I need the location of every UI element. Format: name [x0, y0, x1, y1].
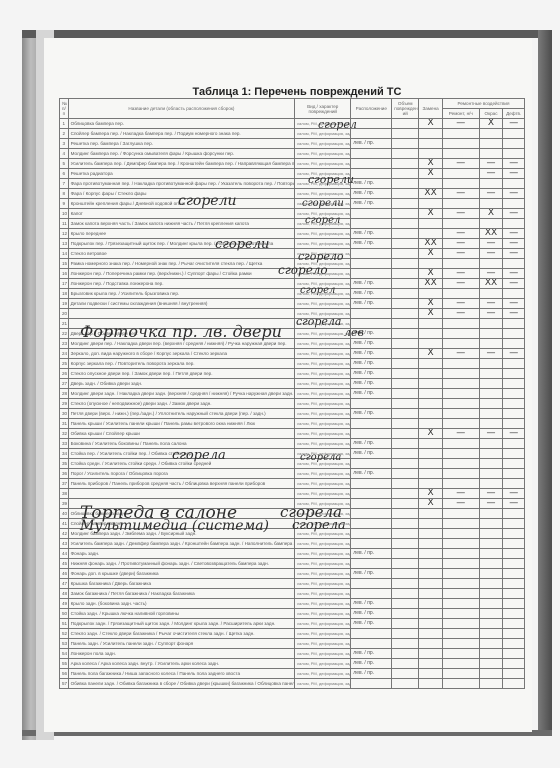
row-number: 11	[60, 219, 69, 229]
repair-hours-mark: —	[442, 269, 479, 279]
damage-type: излом, РМ, деформация, задиры	[295, 619, 351, 629]
table-row: 18Брызговик крыла пер. / Усилитель брызг…	[60, 289, 525, 299]
paint-mark	[479, 319, 503, 329]
repair-hours-mark	[442, 639, 479, 649]
paint-mark	[479, 289, 503, 299]
part-name: Детали подвески / системы охлаждения (вн…	[68, 299, 295, 309]
defect-mark	[503, 379, 525, 389]
location: лев. / пр.	[351, 289, 392, 299]
damage-type: излом, РМ, деформация, задиры	[295, 659, 351, 669]
damage-volume	[392, 159, 419, 169]
repair-hours-mark	[442, 529, 479, 539]
paint-mark: —	[479, 249, 503, 259]
row-number: 24	[60, 349, 69, 359]
location: лев. / пр.	[351, 669, 392, 679]
part-name: Фонарь доп. в крышке (двери) багажника	[68, 569, 295, 579]
location: лев. / пр.	[351, 449, 392, 459]
row-number: 31	[60, 419, 69, 429]
paint-mark: —	[479, 499, 503, 509]
row-number: 45	[60, 559, 69, 569]
damage-volume	[392, 599, 419, 609]
damage-volume	[392, 669, 419, 679]
repair-hours-mark	[442, 129, 479, 139]
handwritten-part-name: Мультимедиа (система)	[80, 518, 269, 534]
defect-mark: —	[503, 499, 525, 509]
paint-mark	[479, 369, 503, 379]
damage-volume	[392, 419, 419, 429]
location	[351, 429, 392, 439]
handwritten-note: сгорели	[308, 173, 354, 186]
replace-mark: X	[419, 429, 443, 439]
paint-mark	[479, 449, 503, 459]
repair-hours-mark: —	[442, 249, 479, 259]
paint-mark	[479, 219, 503, 229]
repair-hours-mark	[442, 419, 479, 429]
replace-mark: X	[419, 249, 443, 259]
part-name: Решетка пер. бампера / Заглушка пер.	[68, 139, 295, 149]
table-row: 3Решетка пер. бампера / Заглушка пер.изл…	[60, 139, 525, 149]
paint-mark	[479, 259, 503, 269]
table-row: 26Стекло опускное двери пер. / Замок две…	[60, 369, 525, 379]
replace-mark	[419, 359, 443, 369]
part-name: Дверь задн. / Обивка двери задн.	[68, 379, 295, 389]
row-number: 10	[60, 209, 69, 219]
replace-mark	[419, 619, 443, 629]
repair-hours-mark	[442, 319, 479, 329]
repair-hours-mark	[442, 339, 479, 349]
table-row: 9Кронштейн крепления фары / Дневной ходо…	[60, 199, 525, 209]
repair-hours-mark: —	[442, 119, 479, 129]
damage-volume	[392, 399, 419, 409]
damage-volume	[392, 239, 419, 249]
location: лев. / пр.	[351, 469, 392, 479]
damage-volume	[392, 609, 419, 619]
defect-mark: —	[503, 119, 525, 129]
damage-type: излом, РМ, деформация, задиры	[295, 369, 351, 379]
repair-hours-mark	[442, 599, 479, 609]
replace-mark	[419, 149, 443, 159]
replace-mark	[419, 409, 443, 419]
damage-volume	[392, 569, 419, 579]
repair-hours-mark: —	[442, 499, 479, 509]
part-name: Замок капота верхняя часть / Замок капот…	[68, 219, 295, 229]
location	[351, 489, 392, 499]
damage-volume	[392, 589, 419, 599]
damage-type: излом, РМ, деформация, задиры	[295, 189, 351, 199]
replace-mark	[419, 679, 443, 689]
table-row: 37Панель приборов / Панель приборов сред…	[60, 479, 525, 489]
location	[351, 399, 392, 409]
damage-volume	[392, 219, 419, 229]
part-name: Молдинг двери задн. / Накладка двери зад…	[68, 389, 295, 399]
handwritten-note: сгорел	[318, 118, 357, 131]
defect-mark: —	[503, 159, 525, 169]
repair-hours-mark: —	[442, 299, 479, 309]
damage-volume	[392, 389, 419, 399]
location: лев. / пр.	[351, 279, 392, 289]
handwritten-note: сгорела	[300, 452, 341, 463]
damage-volume	[392, 489, 419, 499]
header-repair-group: Ремонтные воздействия	[442, 99, 524, 109]
replace-mark	[419, 549, 443, 559]
paint-mark	[479, 539, 503, 549]
damage-volume	[392, 349, 419, 359]
damage-type: излом, РМ, деформация, задиры	[295, 229, 351, 239]
damage-volume	[392, 289, 419, 299]
handwritten-note: сгорел	[305, 215, 340, 226]
defect-mark	[503, 439, 525, 449]
paint-mark: X	[479, 209, 503, 219]
handwritten-note: сгорела	[292, 518, 346, 533]
row-number: 55	[60, 659, 69, 669]
part-name: Нижняя фонарь задн. / Противотуманный фо…	[68, 559, 295, 569]
part-name: Замок багажника / Петля багажника / Накл…	[68, 589, 295, 599]
damage-volume	[392, 549, 419, 559]
table-row: 34Стойка пер. / Усилитель стойки пер. / …	[60, 449, 525, 459]
repair-hours-mark: —	[442, 229, 479, 239]
paint-mark	[479, 529, 503, 539]
location: лев. / пр.	[351, 299, 392, 309]
location: лев. / пр.	[351, 339, 392, 349]
location	[351, 509, 392, 519]
paint-mark	[479, 179, 503, 189]
row-number: 17	[60, 279, 69, 289]
paint-mark	[479, 129, 503, 139]
damage-type: излом, РМ, деформация, задиры	[295, 419, 351, 429]
defect-mark: —	[503, 309, 525, 319]
row-number: 4	[60, 149, 69, 159]
row-number: 25	[60, 359, 69, 369]
replace-mark	[419, 599, 443, 609]
damage-volume	[392, 649, 419, 659]
location	[351, 639, 392, 649]
row-number: 49	[60, 599, 69, 609]
defect-mark	[503, 679, 525, 689]
table-row: 13Подкрылок пер. / Грязезащитный щиток п…	[60, 239, 525, 249]
damage-volume	[392, 619, 419, 629]
repair-hours-mark	[442, 149, 479, 159]
repair-hours-mark	[442, 409, 479, 419]
repair-hours-mark: —	[442, 309, 479, 319]
row-number: 43	[60, 539, 69, 549]
damage-type: излом, РМ, деформация, задиры	[295, 429, 351, 439]
replace-mark	[419, 459, 443, 469]
defect-mark	[503, 199, 525, 209]
replace-mark: XX	[419, 239, 443, 249]
damage-volume	[392, 299, 419, 309]
paint-mark	[479, 459, 503, 469]
table-row: 6Решетка радиатораизлом, РМ, деформация,…	[60, 169, 525, 179]
replace-mark: X	[419, 299, 443, 309]
repair-hours-mark	[442, 569, 479, 579]
damage-volume	[392, 559, 419, 569]
defect-mark	[503, 569, 525, 579]
paint-mark	[479, 629, 503, 639]
damage-volume	[392, 509, 419, 519]
paint-mark	[479, 669, 503, 679]
row-number: 22	[60, 329, 69, 339]
row-number: 37	[60, 479, 69, 489]
location: лев. / пр.	[351, 359, 392, 369]
damage-volume	[392, 229, 419, 239]
replace-mark: X	[419, 209, 443, 219]
defect-mark	[503, 509, 525, 519]
repair-hours-mark	[442, 199, 479, 209]
paint-mark	[479, 649, 503, 659]
location: лев. / пр.	[351, 649, 392, 659]
damage-volume	[392, 339, 419, 349]
location: лев. / пр.	[351, 349, 392, 359]
defect-mark	[503, 319, 525, 329]
row-number: 33	[60, 439, 69, 449]
damage-volume	[392, 319, 419, 329]
table-row: 46Фонарь доп. в крышке (двери) багажника…	[60, 569, 525, 579]
repair-hours-mark: —	[442, 239, 479, 249]
replace-mark	[419, 579, 443, 589]
paint-mark	[479, 329, 503, 339]
repair-hours-mark	[442, 509, 479, 519]
damage-volume	[392, 429, 419, 439]
location: лев. / пр.	[351, 189, 392, 199]
paint-mark	[479, 469, 503, 479]
damage-type: излом, РМ, деформация, задиры	[295, 139, 351, 149]
damage-volume	[392, 169, 419, 179]
paint-mark	[479, 619, 503, 629]
damage-volume	[392, 499, 419, 509]
row-number: 54	[60, 649, 69, 659]
replace-mark	[419, 219, 443, 229]
replace-mark	[419, 329, 443, 339]
paint-mark	[479, 379, 503, 389]
replace-mark	[419, 199, 443, 209]
replace-mark	[419, 589, 443, 599]
row-number: 29	[60, 399, 69, 409]
damage-type: излом, РМ, деформация, задиры	[295, 239, 351, 249]
damage-volume	[392, 539, 419, 549]
damage-type: излом, РМ, деформация, задиры	[295, 389, 351, 399]
paint-mark: —	[479, 269, 503, 279]
damage-type: излом, РМ, деформация, задиры	[295, 479, 351, 489]
replace-mark: XX	[419, 279, 443, 289]
damage-type: излом, РМ, деформация, задиры	[295, 379, 351, 389]
damage-volume	[392, 259, 419, 269]
part-name: Лонжерон пола задн.	[68, 649, 295, 659]
part-name: Подкрылок задн. / Грязезащитный щиток за…	[68, 619, 295, 629]
damage-type: излом, РМ, деформация, задиры	[295, 149, 351, 159]
replace-mark	[419, 609, 443, 619]
location	[351, 519, 392, 529]
part-name: Обивка панели задн. / Обивка багажника в…	[68, 679, 295, 689]
damage-type: излом, РМ, деформация, задиры	[295, 299, 351, 309]
replace-mark: X	[419, 499, 443, 509]
row-number: 32	[60, 429, 69, 439]
table-row: 17Лонжерон пер. / Подставка лонжерона пе…	[60, 279, 525, 289]
header-location: Расположение	[351, 99, 392, 119]
defect-mark	[503, 629, 525, 639]
defect-mark	[503, 659, 525, 669]
row-number: 14	[60, 249, 69, 259]
location	[351, 559, 392, 569]
header-name: Название детали (область расположения сб…	[68, 99, 295, 119]
damage-volume	[392, 519, 419, 529]
damage-type: излом, РМ, деформация, задиры	[295, 569, 351, 579]
replace-mark	[419, 469, 443, 479]
replace-mark	[419, 649, 443, 659]
location	[351, 539, 392, 549]
top-frame	[22, 30, 542, 38]
part-name: Стекло (опускное / неподвижное) двери за…	[68, 399, 295, 409]
table-row: 11Замок капота верхняя часть / Замок кап…	[60, 219, 525, 229]
damage-volume	[392, 579, 419, 589]
replace-mark	[419, 629, 443, 639]
location: лев. / пр.	[351, 549, 392, 559]
table-row: 4Молдинг бампера пер. / Форсунка омывате…	[60, 149, 525, 159]
repair-hours-mark	[442, 549, 479, 559]
table-row: 31Панель крыши / Усилитель панели крыши …	[60, 419, 525, 429]
replace-mark	[419, 399, 443, 409]
table-row: 43Усилитель бампера задн. / Демпфер бамп…	[60, 539, 525, 549]
defect-mark	[503, 389, 525, 399]
repair-hours-mark	[442, 369, 479, 379]
replace-mark	[419, 669, 443, 679]
location: лев. / пр.	[351, 569, 392, 579]
replace-mark	[419, 539, 443, 549]
replace-mark	[419, 369, 443, 379]
damage-type: излом, РМ, деформация, задиры	[295, 599, 351, 609]
replace-mark: X	[419, 159, 443, 169]
damage-type: излом, РМ, деформация, задиры	[295, 359, 351, 369]
replace-mark	[419, 449, 443, 459]
table-row: 54Лонжерон пола задн.излом, РМ, деформац…	[60, 649, 525, 659]
header-replace: Замена	[419, 99, 443, 119]
defect-mark	[503, 259, 525, 269]
part-name: Фонарь задн.	[68, 549, 295, 559]
damage-type: излом, РМ, деформация, задиры	[295, 589, 351, 599]
damage-type: излом, РМ, деформация, задиры	[295, 439, 351, 449]
location: лев. / пр.	[351, 199, 392, 209]
defect-mark: —	[503, 209, 525, 219]
table-row: 27Дверь задн. / Обивка двери задн.излом,…	[60, 379, 525, 389]
part-name: Крыло задн. (боковина задн. часть)	[68, 599, 295, 609]
damage-volume	[392, 639, 419, 649]
repair-hours-mark	[442, 169, 479, 179]
part-name: Корпус зеркала пер. / Повторитель поворо…	[68, 359, 295, 369]
row-number: 16	[60, 269, 69, 279]
row-number: 20	[60, 309, 69, 319]
defect-mark	[503, 539, 525, 549]
row-number: 39	[60, 499, 69, 509]
repair-hours-mark	[442, 659, 479, 669]
damage-volume	[392, 659, 419, 669]
part-name: Лонжерон пер. / Поперечина рамки пер. (в…	[68, 269, 295, 279]
location	[351, 629, 392, 639]
table-row: 45Нижняя фонарь задн. / Противотуманный …	[60, 559, 525, 569]
defect-mark	[503, 339, 525, 349]
part-name: Решетка радиатора	[68, 169, 295, 179]
paint-mark	[479, 609, 503, 619]
replace-mark	[419, 479, 443, 489]
defect-mark: —	[503, 239, 525, 249]
defect-mark	[503, 329, 525, 339]
replace-mark	[419, 129, 443, 139]
row-number: 23	[60, 339, 69, 349]
damage-volume	[392, 249, 419, 259]
repair-hours-mark	[442, 219, 479, 229]
replace-mark: X	[419, 489, 443, 499]
paint-mark	[479, 339, 503, 349]
part-name: Лонжерон пер. / Подставка лонжерона пер.	[68, 279, 295, 289]
row-number: 42	[60, 529, 69, 539]
table-row: 50Стойка задн. / Крышка лючка наливной г…	[60, 609, 525, 619]
table-row: 49Крыло задн. (боковина задн. часть)изло…	[60, 599, 525, 609]
repair-hours-mark	[442, 589, 479, 599]
defect-mark: —	[503, 169, 525, 179]
replace-mark	[419, 529, 443, 539]
part-name: Панель крыши / Усилитель панели крыши / …	[68, 419, 295, 429]
paint-mark: —	[479, 429, 503, 439]
part-name: Зеркало, доп. вида наружного в сборе / К…	[68, 349, 295, 359]
part-name: Арка колеса / Арка колеса задн. внутр. /…	[68, 659, 295, 669]
part-name: Усилитель бампера задн. / Демпфер бампер…	[68, 539, 295, 549]
handwritten-note: сгорели	[215, 237, 269, 252]
defect-mark	[503, 129, 525, 139]
defect-mark: —	[503, 279, 525, 289]
repair-hours-mark	[442, 179, 479, 189]
paint-mark	[479, 569, 503, 579]
paint-mark	[479, 579, 503, 589]
defect-mark	[503, 649, 525, 659]
damage-volume	[392, 679, 419, 689]
defect-mark: —	[503, 229, 525, 239]
damage-volume	[392, 209, 419, 219]
defect-mark: —	[503, 249, 525, 259]
part-name: Облицовка бампера пер.	[68, 119, 295, 129]
handwritten-note: лев	[344, 326, 364, 339]
replace-mark	[419, 289, 443, 299]
damage-type: излом, РМ, деформация, задиры	[295, 489, 351, 499]
location	[351, 249, 392, 259]
table-row: 35Стойка средн. / Усилитель стойки средн…	[60, 459, 525, 469]
table-row: 30Петля двери (верх. / нижн.) (пер./задн…	[60, 409, 525, 419]
paint-mark	[479, 599, 503, 609]
location	[351, 419, 392, 429]
table-row: 29Стекло (опускное / неподвижное) двери …	[60, 399, 525, 409]
part-name: Стойка задн. / Крышка лючка наливной гор…	[68, 609, 295, 619]
table-row: 12Крыло переднееизлом, РМ, деформация, з…	[60, 229, 525, 239]
damage-volume	[392, 329, 419, 339]
table-row: 5Усилитель бампера пер. / Демпфер бампер…	[60, 159, 525, 169]
paint-mark: —	[479, 299, 503, 309]
part-name: Рамка номерного знака пер. / Номерной зн…	[68, 259, 295, 269]
handwritten-note: сгорели	[178, 193, 237, 209]
paint-mark: XX	[479, 279, 503, 289]
part-name: Порог / Усилитель порога / Облицовка пор…	[68, 469, 295, 479]
header-repair-hours: Ремонт, н/ч	[442, 109, 479, 119]
damage-type: излом, РМ, деформация, задиры	[295, 349, 351, 359]
damage-type: излом, РМ, деформация, задиры	[295, 469, 351, 479]
row-number: 35	[60, 459, 69, 469]
replace-mark	[419, 339, 443, 349]
repair-hours-mark	[442, 669, 479, 679]
location: лев. / пр.	[351, 229, 392, 239]
row-number: 2	[60, 129, 69, 139]
part-name: Брызговик крыла пер. / Усилитель брызгов…	[68, 289, 295, 299]
repair-hours-mark	[442, 629, 479, 639]
handwritten-note: сгорело	[298, 250, 344, 263]
repair-hours-mark	[442, 619, 479, 629]
location	[351, 309, 392, 319]
damage-type: излом, РМ, деформация, задиры	[295, 339, 351, 349]
